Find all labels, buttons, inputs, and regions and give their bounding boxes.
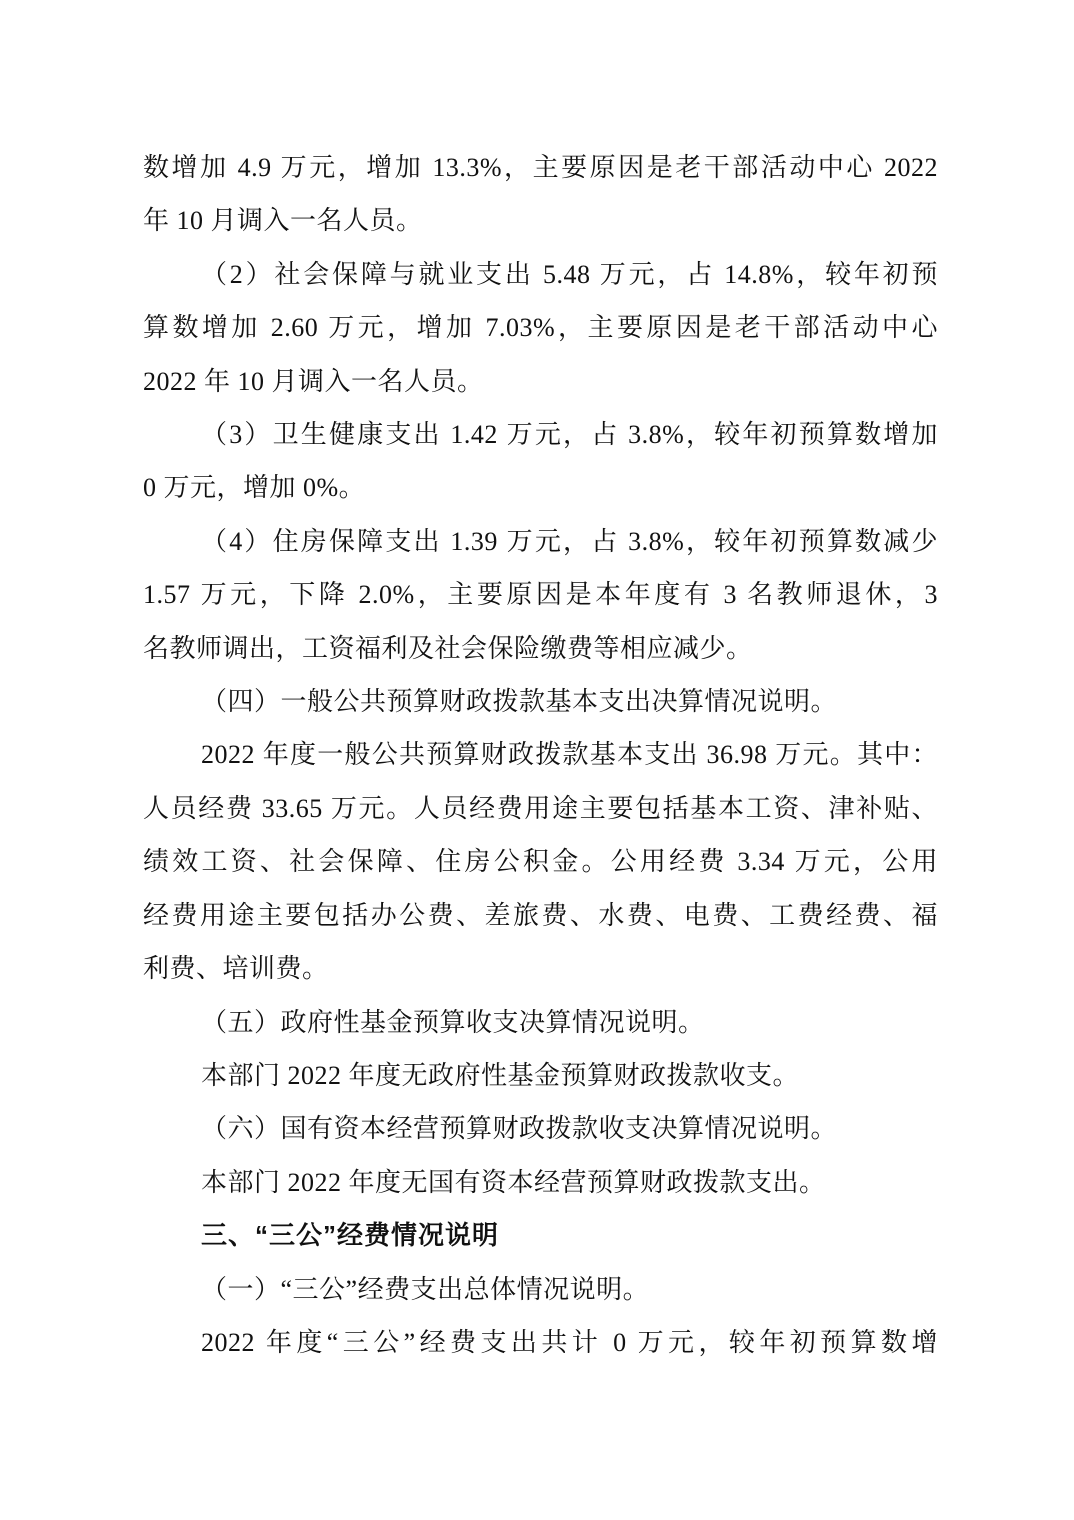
list-item-2-line: （2）社会保障与就业支出 5.48 万元，占 14.8%，较年初预 <box>143 248 938 301</box>
subsection-heading-one: （一）“三公”经费支出总体情况说明。 <box>143 1263 938 1316</box>
paragraph-line: 1.57 万元，下降 2.0%，主要原因是本年度有 3 名教师退休，3 <box>143 568 938 621</box>
subsection-heading-six: （六）国有资本经营预算财政拨款收支决算情况说明。 <box>143 1102 938 1155</box>
paragraph-line: 2022 年度一般公共预算财政拨款基本支出 36.98 万元。其中： <box>143 728 938 781</box>
paragraph-line: 2022 年 10 月调入一名人员。 <box>143 355 938 408</box>
paragraph-line: 人员经费 33.65 万元。人员经费用途主要包括基本工资、津补贴、 <box>143 782 938 835</box>
paragraph-line: 算数增加 2.60 万元，增加 7.03%，主要原因是老干部活动中心 <box>143 301 938 354</box>
paragraph-line: 利费、培训费。 <box>143 942 938 995</box>
page-content: 数增加 4.9 万元，增加 13.3%，主要原因是老干部活动中心 2022 年 … <box>143 141 938 1369</box>
paragraph-line: 年 10 月调入一名人员。 <box>143 194 938 247</box>
paragraph-line: 经费用途主要包括办公费、差旅费、水费、电费、工费经费、福 <box>143 889 938 942</box>
paragraph-line: 0 万元，增加 0%。 <box>143 461 938 514</box>
subsection-heading-four: （四）一般公共预算财政拨款基本支出决算情况说明。 <box>143 675 938 728</box>
paragraph-line: 本部门 2022 年度无国有资本经营预算财政拨款支出。 <box>143 1156 938 1209</box>
list-item-3-line: （3）卫生健康支出 1.42 万元，占 3.8%，较年初预算数增加 <box>143 408 938 461</box>
document-page: 数增加 4.9 万元，增加 13.3%，主要原因是老干部活动中心 2022 年 … <box>0 0 1074 1520</box>
paragraph-line: 2022 年度“三公”经费支出共计 0 万元，较年初预算数增 <box>143 1316 938 1369</box>
paragraph-line: 数增加 4.9 万元，增加 13.3%，主要原因是老干部活动中心 2022 <box>143 141 938 194</box>
paragraph-line: 本部门 2022 年度无政府性基金预算财政拨款收支。 <box>143 1049 938 1102</box>
list-item-4-line: （4）住房保障支出 1.39 万元，占 3.8%，较年初预算数减少 <box>143 515 938 568</box>
subsection-heading-five: （五）政府性基金预算收支决算情况说明。 <box>143 996 938 1049</box>
paragraph-line: 绩效工资、社会保障、住房公积金。公用经费 3.34 万元，公用 <box>143 835 938 888</box>
section-heading-three: 三、“三公”经费情况说明 <box>143 1209 938 1262</box>
paragraph-line: 名教师调出，工资福利及社会保险缴费等相应减少。 <box>143 622 938 675</box>
